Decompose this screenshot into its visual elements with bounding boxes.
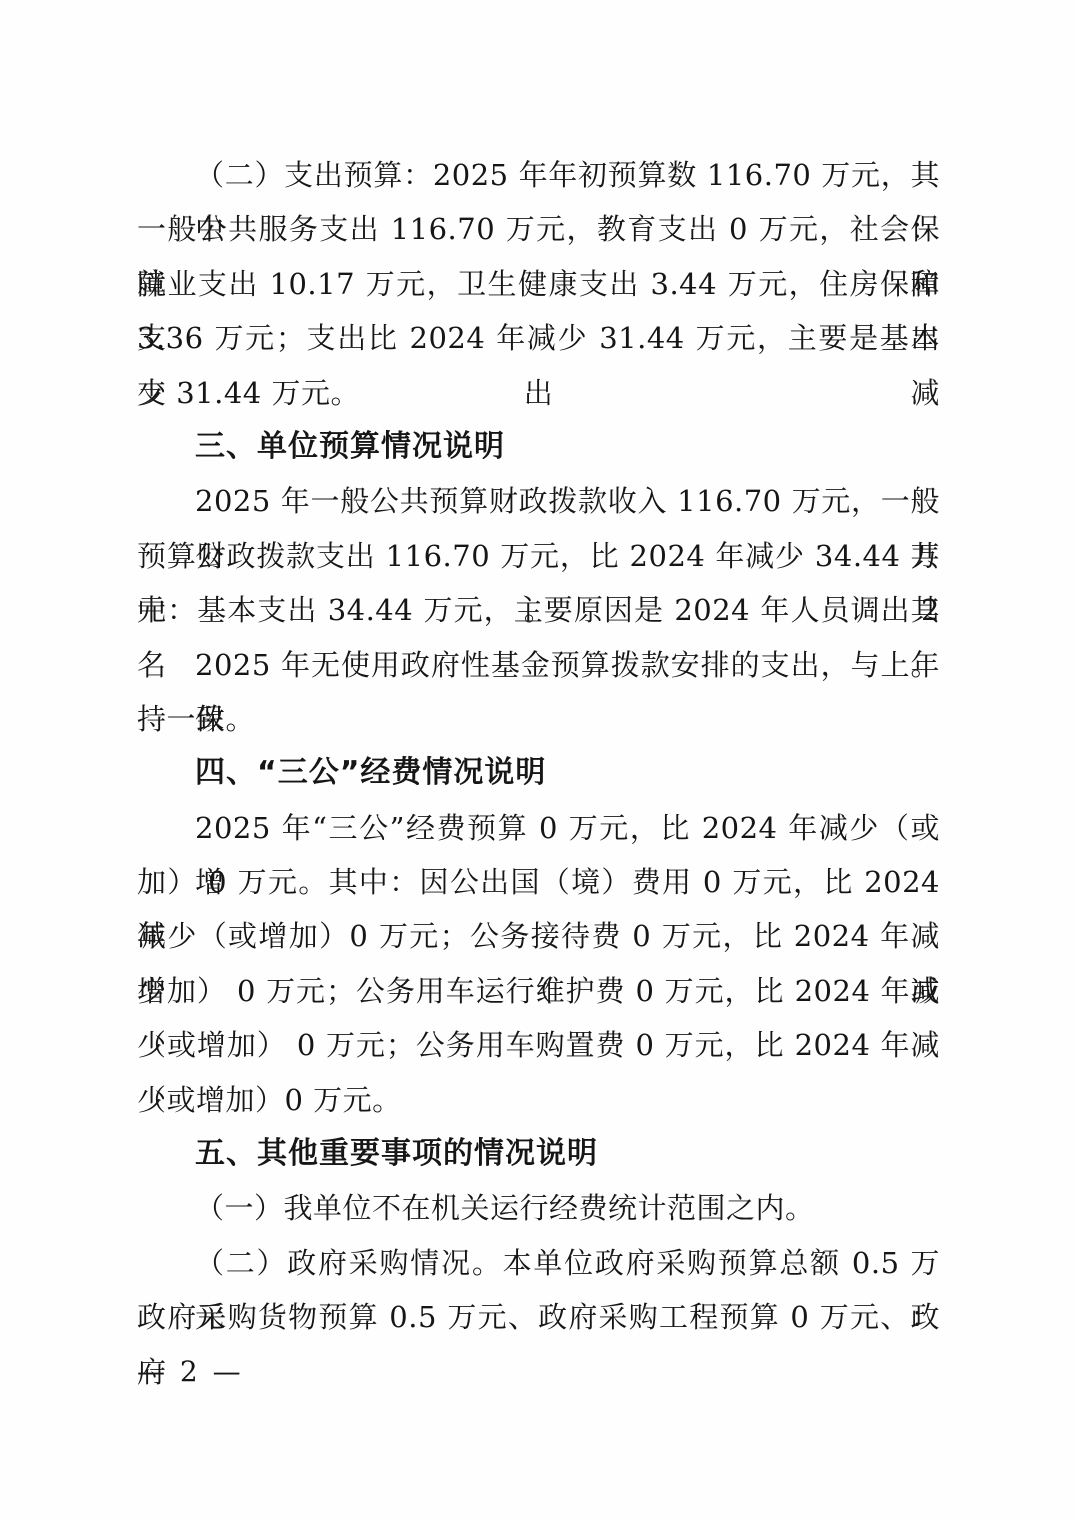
government-fund-paragraph-line: 持一致。 xyxy=(137,692,940,746)
document-page: （二）支出预算：2025 年年初预算数 116.70 万元，其中：一般公共服务支… xyxy=(0,0,1074,1520)
three-public-expenses-paragraph-line: 增加） 0 万元；公务用车运行维护费 0 万元，比 2024 年减少 xyxy=(137,964,940,1018)
budget-summary-paragraph-line: 预算财政拨款支出 116.70 万元，比 2024 年减少 34.44 万元。其 xyxy=(137,529,940,583)
expenditure-budget-paragraph-line: （二）支出预算：2025 年年初预算数 116.70 万元，其中： xyxy=(137,148,940,202)
government-procurement-paragraph-line: （二）政府采购情况。本单位政府采购预算总额 0.5 万元： xyxy=(137,1236,940,1290)
three-public-expenses-paragraph-line: 2025 年“三公”经费预算 0 万元，比 2024 年减少（或增 xyxy=(137,801,940,855)
expenditure-budget-paragraph-line: 一般公共服务支出 116.70 万元，教育支出 0 万元，社会保障和 xyxy=(137,202,940,256)
expenditure-budget-paragraph-line: 3.36 万元；支出比 2024 年减少 31.44 万元，主要是基本支出减 xyxy=(137,311,940,365)
budget-summary-paragraph-line: 中：基本支出 34.44 万元，主要原因是 2024 年人员调出 2 名。 xyxy=(137,583,940,637)
budget-summary-paragraph-line: 2025 年一般公共预算财政拨款收入 116.70 万元，一般公共 xyxy=(137,474,940,528)
page-number: — 2 — xyxy=(137,1345,940,1399)
section-5-heading: 五、其他重要事项的情况说明 xyxy=(137,1127,940,1181)
three-public-expenses-paragraph-line: 减少（或增加）0 万元；公务接待费 0 万元，比 2024 年减少（或 xyxy=(137,909,940,963)
operating-expenses-paragraph-line: （一）我单位不在机关运行经费统计范围之内。 xyxy=(137,1181,940,1235)
section-3-heading: 三、单位预算情况说明 xyxy=(137,420,940,474)
three-public-expenses-paragraph-line: 加） 0 万元。其中：因公出国（境）费用 0 万元，比 2024 年 xyxy=(137,855,940,909)
government-fund-paragraph-line: 2025 年无使用政府性基金预算拨款安排的支出，与上年保 xyxy=(137,638,940,692)
three-public-expenses-paragraph-line: （或增加） 0 万元；公务用车购置费 0 万元，比 2024 年减少 xyxy=(137,1018,940,1072)
three-public-expenses-paragraph-line: （或增加）0 万元。 xyxy=(137,1073,940,1127)
government-procurement-paragraph-line: 政府采购货物预算 0.5 万元、政府采购工程预算 0 万元、政府 xyxy=(137,1290,940,1344)
document-body: （二）支出预算：2025 年年初预算数 116.70 万元，其中：一般公共服务支… xyxy=(137,148,940,1399)
section-4-heading: 四、“三公”经费情况说明 xyxy=(137,746,940,800)
expenditure-budget-paragraph-line: 就业支出 10.17 万元，卫生健康支出 3.44 万元，住房保障支出 xyxy=(137,257,940,311)
